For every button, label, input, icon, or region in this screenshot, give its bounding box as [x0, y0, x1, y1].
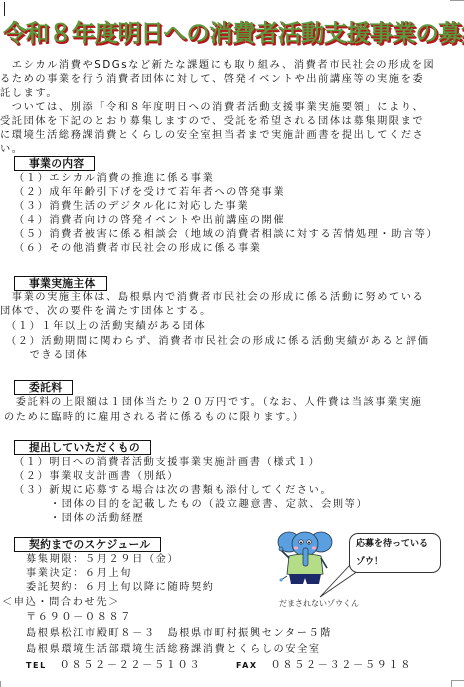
entity-line: 事業の実施主体は、島根県内で消費者市民社会の形成に係る活動に努めている — [0, 291, 424, 304]
document-title: 令和８年度明日への消費者活動支援事業の募集 — [3, 14, 463, 48]
mascot-caption: だまされないゾウくん — [279, 598, 359, 609]
contact-postal: 〒６９０－０８８７ — [26, 611, 132, 624]
section-heading-content: 事業の内容 — [14, 156, 95, 171]
fee-line: のために臨時的に雇用される者に係るものに限ります。） — [4, 411, 305, 424]
section-heading-submission: 提出していただくもの — [14, 440, 151, 455]
section-heading-entity: 事業実施主体 — [14, 276, 107, 291]
entity-requirement: できる団体 — [6, 349, 89, 362]
entity-line: 団体で、次の要件を満たす団体とする。 — [0, 305, 212, 318]
schedule-line: 募集期限：５月２９日（金） — [26, 553, 179, 566]
content-item: （６）その他消費者市民社会の形成に係る事業 — [14, 242, 262, 255]
content-item: （５）消費者被害に係る相談会（地域の消費者相談に対する苦情処理・助言等） — [14, 228, 438, 241]
intro-line: エシカル消費やSDGsなど新たな課題にも取り組み、消費者市民社会の形成を図 — [0, 59, 435, 72]
intro-line: 受託団体を下記のとおり募集しますので、受託を希望される団体は募集期限まで — [0, 115, 424, 128]
page-corner-mark — [451, 680, 464, 687]
entity-requirement: （１）１年以上の活動実績がある団体 — [6, 320, 206, 333]
contact-office: 島根県環境生活部環境生活総務課消費とくらしの安全室 — [26, 643, 321, 656]
fax-number: ０８５２－３２－５９１８ — [271, 660, 412, 671]
tel-number: ０８５２－２２－５１０３ — [60, 660, 201, 671]
page-corner-mark — [0, 681, 1, 687]
bubble-text-line2: ゾウ！ — [356, 552, 440, 572]
intro-line: い。 — [0, 143, 24, 156]
contact-phone-line: TEL ０８５２－２２－５１０３ FAX ０８５２－３２－５９１８ — [26, 659, 412, 672]
schedule-line: 事業決定：６月上旬 — [26, 567, 132, 580]
fee-line: 委託料の上限額は１団体当たり２０万円です。（なお、人件費は当該事業実施 — [4, 396, 422, 409]
submission-subitem: ・団体の活動経歴 — [50, 512, 144, 525]
submission-item: （２）事業収支計画書（別紙） — [14, 470, 179, 483]
schedule-line: 委託契約：６月上旬以降に随時契約 — [26, 581, 215, 594]
content-item: （４）消費者向けの啓発イベントや出前講座の開催 — [14, 214, 285, 227]
content-item: （３）消費生活のデジタル化に対応した事業 — [14, 200, 249, 213]
submission-subitem: ・団体の目的を記載したもの（設立趣意書、定款、会則等） — [50, 498, 368, 511]
bubble-text-line1: 応募を待っている — [356, 534, 440, 554]
tel-label: TEL — [26, 661, 47, 670]
section-heading-schedule: 契約までのスケジュール — [14, 537, 161, 552]
contact-address: 島根県松江市殿町８－３ 島根県市町村振興センター５階 — [26, 627, 332, 640]
intro-line: るための事業を行う消費者団体に対して、啓発イベントや出前講座等の実施を委 — [0, 73, 424, 86]
document-page: 令和８年度明日への消費者活動支援事業の募集 エシカル消費やSDGsなど新たな課題… — [0, 0, 464, 687]
section-heading-fee: 委託料 — [14, 380, 73, 395]
intro-line: ついては、別添「令和８年度明日への消費者活動支援事業実施要領」により、 — [0, 101, 424, 114]
page-corner-mark — [450, 0, 464, 9]
content-item: （１）エシカル消費の推進に係る事業 — [14, 172, 214, 185]
fax-label: FAX — [236, 661, 258, 670]
contact-heading: ＜申込・問合わせ先＞ — [2, 596, 120, 609]
speech-bubble: 応募を待っている ゾウ！ — [349, 533, 441, 573]
submission-item: （１）明日への消費者活動支援事業実施計画書（様式１） — [14, 456, 320, 469]
content-item: （２）成年年齢引下げを受けて若年者への啓発事業 — [14, 186, 285, 199]
submission-item: （３）新規に応募する場合は次の書類も添付してください。 — [14, 484, 332, 497]
intro-line: に環境生活総務課消費とくらしの安全室担当者まで実施計画書を提出してくださ — [0, 129, 424, 142]
entity-requirement: （２）活動期間に関わらず、消費者市民社会の形成に係る活動実績があると評価 — [6, 335, 430, 348]
intro-line: 託します。 — [0, 87, 58, 100]
